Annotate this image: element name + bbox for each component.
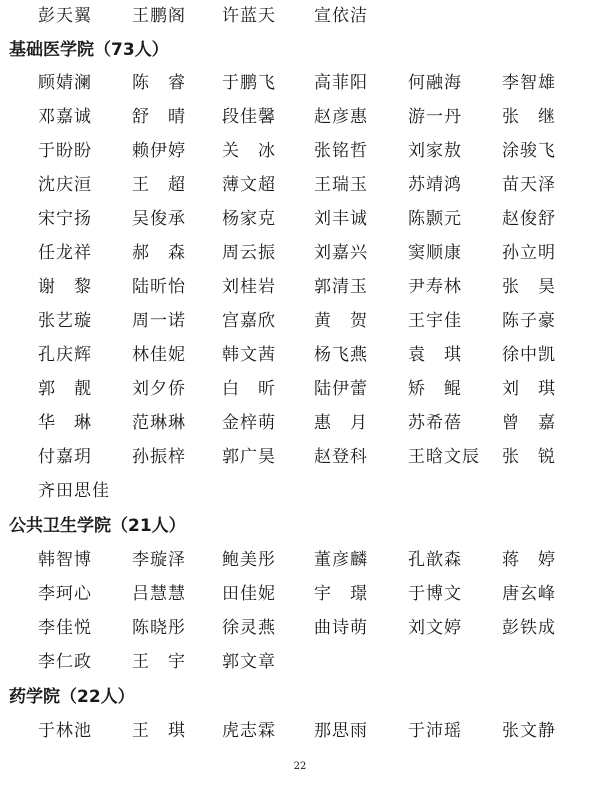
- student-name: 张 锐: [502, 444, 556, 470]
- student-name: 董彦麟: [314, 547, 368, 573]
- student-name: 任龙祥: [38, 240, 92, 266]
- student-name: 郝 森: [132, 240, 186, 266]
- student-name: 范琳琳: [132, 410, 186, 436]
- student-name: 郭广昊: [222, 444, 276, 470]
- student-name: 刘桂岩: [222, 274, 276, 300]
- student-name: 高菲阳: [314, 70, 368, 96]
- student-name: 徐中凯: [502, 342, 556, 368]
- section-heading-public-health: 公共卫生学院（21人）: [9, 513, 186, 539]
- student-name: 王宇佳: [408, 308, 462, 334]
- student-name: 李璇泽: [132, 547, 186, 573]
- name-row: 韩智博 李璇泽 鲍美彤 董彦麟 孔歆森 蒋 婷: [0, 547, 600, 573]
- student-name: 田佳妮: [222, 581, 276, 607]
- student-name: 于沛瑶: [408, 718, 462, 744]
- student-name: 于鹏飞: [222, 70, 276, 96]
- student-name: 陆昕怡: [132, 274, 186, 300]
- student-name: 齐田思佳: [38, 478, 110, 504]
- student-name: 吕慧慧: [132, 581, 186, 607]
- student-name: 舒 晴: [132, 104, 186, 130]
- student-name: 刘夕侨: [132, 376, 186, 402]
- name-row: 齐田思佳: [0, 478, 600, 504]
- student-name: 王 琪: [132, 718, 186, 744]
- student-name: 鲍美彤: [222, 547, 276, 573]
- student-name: 窦顺康: [408, 240, 462, 266]
- student-name: 谢 黎: [38, 274, 92, 300]
- student-name: 王瑞玉: [314, 172, 368, 198]
- student-name: 陆伊蕾: [314, 376, 368, 402]
- student-name: 郭 靓: [38, 376, 92, 402]
- student-name: 蒋 婷: [502, 547, 556, 573]
- student-name: 王晗文辰: [408, 444, 480, 470]
- student-name: 周云振: [222, 240, 276, 266]
- student-name: 白 昕: [222, 376, 276, 402]
- student-name: 邓嘉诚: [38, 104, 92, 130]
- student-name: 黄 贺: [314, 308, 368, 334]
- student-name: 沈庆洹: [38, 172, 92, 198]
- student-name: 陈晓彤: [132, 615, 186, 641]
- student-name: 苗天泽: [502, 172, 556, 198]
- student-name: 孔歆森: [408, 547, 462, 573]
- student-name: 韩智博: [38, 547, 92, 573]
- student-name: 陈 睿: [132, 70, 186, 96]
- name-row: 谢 黎 陆昕怡 刘桂岩 郭清玉 尹寿林 张 昊: [0, 274, 600, 300]
- student-name: 关 冰: [222, 138, 276, 164]
- student-name: 张艺璇: [38, 308, 92, 334]
- student-name: 郭清玉: [314, 274, 368, 300]
- name-row: 宋宁扬 吴俊承 杨家克 刘丰诚 陈颢元 赵俊舒: [0, 206, 600, 232]
- student-name: 张铭哲: [314, 138, 368, 164]
- student-name: 彭天翼: [38, 3, 92, 29]
- student-name: 李仁政: [38, 649, 92, 675]
- student-name: 何融海: [408, 70, 462, 96]
- name-row: 郭 靓 刘夕侨 白 昕 陆伊蕾 矫 鲲 刘 琪: [0, 376, 600, 402]
- student-name: 那思雨: [314, 718, 368, 744]
- student-name: 赖伊婷: [132, 138, 186, 164]
- student-name: 林佳妮: [132, 342, 186, 368]
- name-row: 于林池 王 琪 虎志霖 那思雨 于沛瑶 张文静: [0, 718, 600, 744]
- student-name: 刘丰诚: [314, 206, 368, 232]
- student-name: 于盼盼: [38, 138, 92, 164]
- student-name: 赵彦惠: [314, 104, 368, 130]
- section-heading-pharmacy: 药学院（22人）: [9, 684, 135, 710]
- document-page: 彭天翼 王鹏阁 许蓝天 宣依洁 基础医学院（73人） 顾婧澜 陈 睿 于鹏飞 高…: [0, 0, 600, 789]
- name-row: 李珂心 吕慧慧 田佳妮 宇 璟 于博文 唐玄峰: [0, 581, 600, 607]
- student-name: 陈颢元: [408, 206, 462, 232]
- student-name: 彭铁成: [502, 615, 556, 641]
- student-name: 张 昊: [502, 274, 556, 300]
- student-name: 孔庆辉: [38, 342, 92, 368]
- name-row: 沈庆洹 王 超 薄文超 王瑞玉 苏靖鸿 苗天泽: [0, 172, 600, 198]
- student-name: 刘 琪: [502, 376, 556, 402]
- student-name: 孙振梓: [132, 444, 186, 470]
- student-name: 游一丹: [408, 104, 462, 130]
- student-name: 刘家敖: [408, 138, 462, 164]
- student-name: 薄文超: [222, 172, 276, 198]
- student-name: 赵登科: [314, 444, 368, 470]
- student-name: 张 继: [502, 104, 556, 130]
- student-name: 杨家克: [222, 206, 276, 232]
- name-row: 华 琳 范琳琳 金梓萌 惠 月 苏希蓓 曾 嘉: [0, 410, 600, 436]
- student-name: 宋宁扬: [38, 206, 92, 232]
- student-name: 徐灵燕: [222, 615, 276, 641]
- name-row: 邓嘉诚 舒 晴 段佳馨 赵彦惠 游一丹 张 继: [0, 104, 600, 130]
- name-row: 张艺璇 周一诺 宫嘉欣 黄 贺 王宇佳 陈子豪: [0, 308, 600, 334]
- name-row: 于盼盼 赖伊婷 关 冰 张铭哲 刘家敖 涂骏飞: [0, 138, 600, 164]
- student-name: 于博文: [408, 581, 462, 607]
- student-name: 曲诗萌: [314, 615, 368, 641]
- student-name: 李智雄: [502, 70, 556, 96]
- student-name: 金梓萌: [222, 410, 276, 436]
- student-name: 涂骏飞: [502, 138, 556, 164]
- student-name: 唐玄峰: [502, 581, 556, 607]
- student-name: 虎志霖: [222, 718, 276, 744]
- student-name: 袁 琪: [408, 342, 462, 368]
- student-name: 韩文茜: [222, 342, 276, 368]
- student-name: 华 琳: [38, 410, 92, 436]
- name-row: 孔庆辉 林佳妮 韩文茜 杨飞燕 袁 琪 徐中凯: [0, 342, 600, 368]
- student-name: 王鹏阁: [132, 3, 186, 29]
- name-row: 付嘉玥 孙振梓 郭广昊 赵登科 王晗文辰 张 锐: [0, 444, 600, 470]
- student-name: 矫 鲲: [408, 376, 462, 402]
- student-name: 李佳悦: [38, 615, 92, 641]
- student-name: 曾 嘉: [502, 410, 556, 436]
- student-name: 王 宇: [132, 649, 186, 675]
- student-name: 许蓝天: [222, 3, 276, 29]
- name-row: 李仁政 王 宇 郭文章: [0, 649, 600, 675]
- student-name: 张文静: [502, 718, 556, 744]
- student-name: 刘嘉兴: [314, 240, 368, 266]
- student-name: 苏希蓓: [408, 410, 462, 436]
- student-name: 宫嘉欣: [222, 308, 276, 334]
- student-name: 赵俊舒: [502, 206, 556, 232]
- student-name: 周一诺: [132, 308, 186, 334]
- student-name: 陈子豪: [502, 308, 556, 334]
- student-name: 王 超: [132, 172, 186, 198]
- name-row: 顾婧澜 陈 睿 于鹏飞 高菲阳 何融海 李智雄: [0, 70, 600, 96]
- student-name: 刘文婷: [408, 615, 462, 641]
- student-name: 于林池: [38, 718, 92, 744]
- student-name: 李珂心: [38, 581, 92, 607]
- student-name: 段佳馨: [222, 104, 276, 130]
- name-row: 李佳悦 陈晓彤 徐灵燕 曲诗萌 刘文婷 彭铁成: [0, 615, 600, 641]
- page-number: 22: [0, 760, 600, 774]
- section-heading-basic-medicine: 基础医学院（73人）: [9, 37, 169, 63]
- name-row: 任龙祥 郝 森 周云振 刘嘉兴 窦顺康 孙立明: [0, 240, 600, 266]
- student-name: 宣依洁: [314, 3, 368, 29]
- student-name: 惠 月: [314, 410, 368, 436]
- student-name: 孙立明: [502, 240, 556, 266]
- student-name: 郭文章: [222, 649, 276, 675]
- student-name: 吴俊承: [132, 206, 186, 232]
- student-name: 苏靖鸿: [408, 172, 462, 198]
- student-name: 宇 璟: [314, 581, 368, 607]
- student-name: 尹寿林: [408, 274, 462, 300]
- student-name: 顾婧澜: [38, 70, 92, 96]
- student-name: 杨飞燕: [314, 342, 368, 368]
- student-name: 付嘉玥: [38, 444, 92, 470]
- name-row: 彭天翼 王鹏阁 许蓝天 宣依洁: [0, 3, 600, 29]
